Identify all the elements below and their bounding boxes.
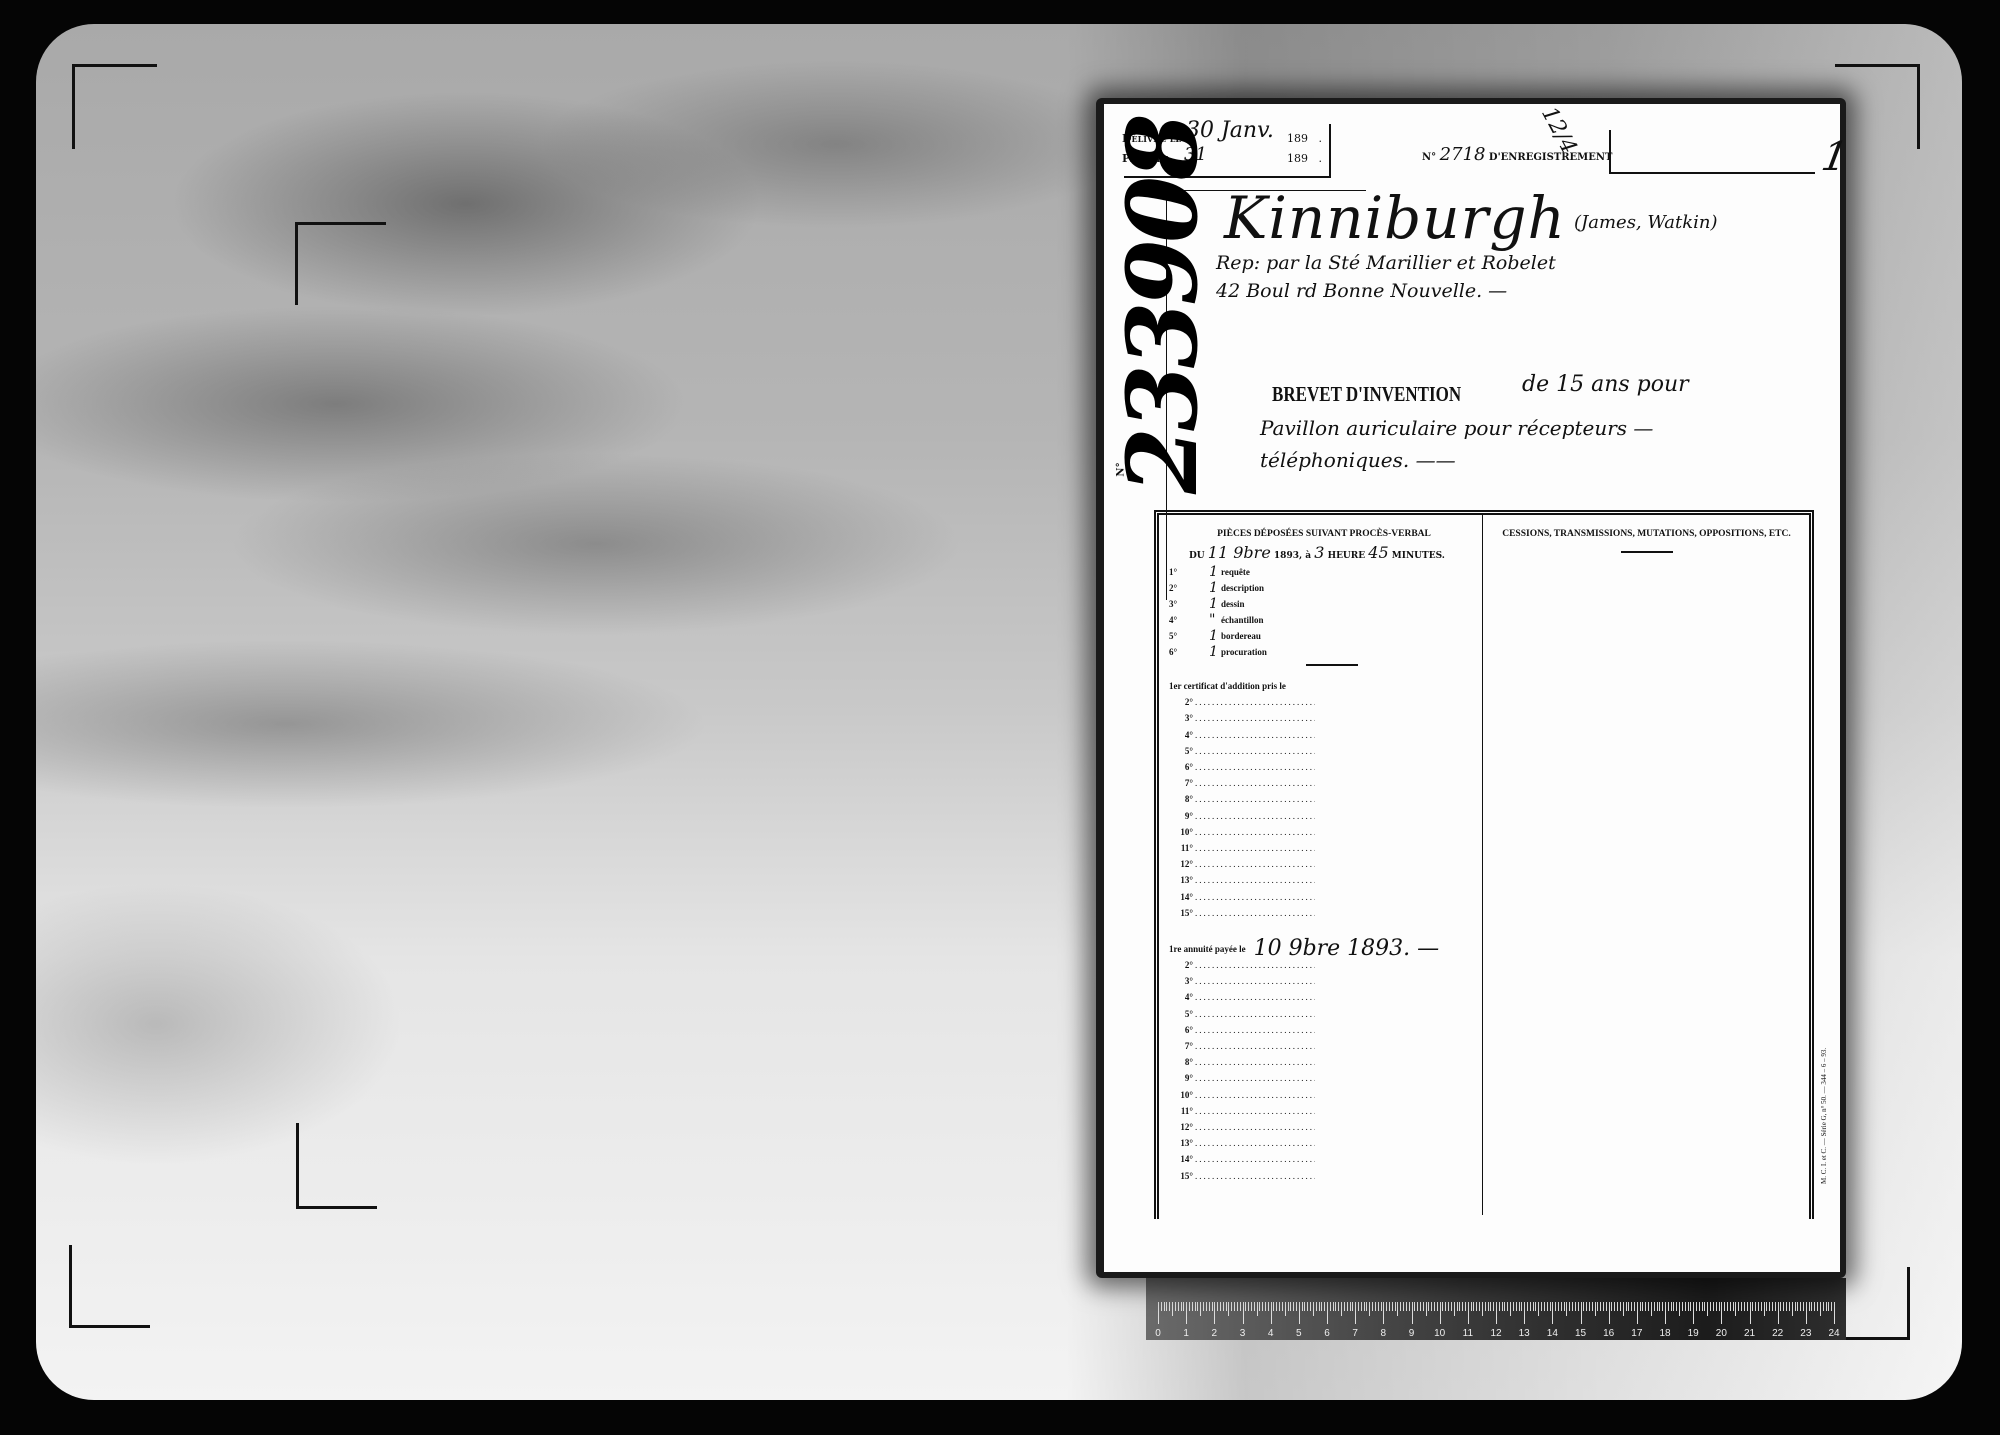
ruler-label: 24 (1828, 1328, 1839, 1339)
ruler-tick (1279, 1302, 1280, 1311)
ruler-tick (1623, 1302, 1624, 1316)
ruler-tick (1609, 1302, 1610, 1324)
annuite-row: 6°......................................… (1169, 1022, 1479, 1038)
ruler-tick (1547, 1302, 1548, 1311)
ruler-tick (1468, 1302, 1469, 1324)
annuite-rows: 2°......................................… (1169, 957, 1479, 1184)
applicant-given-names: (James, Watkin) (1574, 212, 1718, 233)
column-divider (1482, 515, 1483, 1215)
ruler-tick (1333, 1302, 1334, 1311)
ruler-tick (1282, 1302, 1283, 1311)
piece-item: 3°1dessin (1169, 596, 1479, 612)
ruler-tick (1628, 1302, 1629, 1311)
ruler-tick (1820, 1302, 1821, 1316)
ruler-tick (1195, 1302, 1196, 1311)
registration-number: N° 2718 D'ENREGISTREMENT (1422, 144, 1612, 165)
ruler-tick (1440, 1302, 1441, 1324)
annuite-row: 7°......................................… (1169, 1038, 1479, 1054)
ruler-tick (1434, 1302, 1435, 1311)
pieces-column: PIÈCES DÉPOSÉES SUIVANT PROCÈS-VERBAL DU… (1169, 515, 1479, 1184)
ruler-tick (1685, 1302, 1686, 1311)
delivre-year: 189 . (1287, 132, 1322, 145)
ruler-label: 7 (1352, 1328, 1358, 1339)
ruler-tick (1710, 1302, 1711, 1311)
ruler-tick (1412, 1302, 1413, 1324)
ruler-tick (1369, 1302, 1370, 1316)
ruler-tick (1583, 1302, 1584, 1311)
piece-number: 3° (1169, 599, 1209, 609)
ruler-tick (1431, 1302, 1432, 1311)
ruler-tick (1637, 1302, 1638, 1324)
ruler-tick (1634, 1302, 1635, 1311)
ruler-tick (1485, 1302, 1486, 1311)
ruler-label: 3 (1240, 1328, 1246, 1339)
ruler-tick (1555, 1302, 1556, 1311)
row-number: 13° (1169, 1138, 1195, 1148)
dotted-leader: ........................................ (1195, 843, 1315, 853)
ruler-tick (1626, 1302, 1627, 1311)
ruler-tick (1826, 1302, 1827, 1311)
piece-count-handwritten: 1 (1209, 644, 1221, 660)
ruler-tick (1671, 1302, 1672, 1311)
ruler-tick (1161, 1302, 1162, 1311)
ruler-tick (1288, 1302, 1289, 1311)
piece-count-handwritten: 1 (1209, 628, 1221, 644)
measuring-ruler: 0123456789101112131415161718192021222324 (1146, 1278, 1846, 1340)
ruler-tick (1611, 1302, 1612, 1311)
ruler-tick (1386, 1302, 1387, 1311)
annuite-row: 11°.....................................… (1169, 1103, 1479, 1119)
brevet-label: BREVET D'INVENTION (1272, 382, 1461, 407)
dotted-leader: ........................................ (1195, 1106, 1315, 1116)
piece-label: dessin (1221, 599, 1245, 609)
ruler-tick (1786, 1302, 1787, 1311)
row-number: 10° (1169, 1090, 1195, 1100)
ruler-tick (1381, 1302, 1382, 1311)
piece-label: requête (1221, 567, 1250, 577)
dotted-leader: ........................................ (1195, 1073, 1315, 1083)
ruler-tick (1564, 1302, 1565, 1311)
dotted-leader: ........................................ (1195, 1154, 1315, 1164)
ruler-tick (1561, 1302, 1562, 1311)
annuite-row: 12°.....................................… (1169, 1119, 1479, 1135)
ruler-tick (1397, 1302, 1398, 1316)
ruler-tick (1344, 1302, 1345, 1311)
annuite-row: 4°......................................… (1169, 989, 1479, 1005)
ruler-tick (1197, 1302, 1198, 1311)
ruler-tick (1189, 1302, 1190, 1311)
patent-number-handwritten: 233908 (1106, 117, 1219, 494)
register-table: PIÈCES DÉPOSÉES SUIVANT PROCÈS-VERBAL DU… (1154, 510, 1814, 1219)
ruler-tick (1285, 1302, 1286, 1316)
row-number: 7° (1169, 1041, 1195, 1051)
dotted-leader: ........................................ (1195, 697, 1315, 707)
dotted-leader: ........................................ (1195, 794, 1315, 804)
ruler-tick (1302, 1302, 1303, 1311)
certificat-row: 2°......................................… (1169, 694, 1479, 710)
ruler-tick (1237, 1302, 1238, 1311)
certificat-row: 12°.....................................… (1169, 856, 1479, 872)
ruler-tick (1719, 1302, 1720, 1311)
ruler-tick (1702, 1302, 1703, 1311)
row-number: 8° (1169, 1057, 1195, 1067)
piece-item: 6°1procuration (1169, 644, 1479, 660)
registration-number-handwritten: 2718 (1440, 144, 1486, 165)
ruler-tick (1550, 1302, 1551, 1311)
ruler-tick (1352, 1302, 1353, 1311)
ruler-tick (1755, 1302, 1756, 1311)
ruler-label: 13 (1519, 1328, 1530, 1339)
cessions-title: CESSIONS, TRANSMISSIONS, MUTATIONS, OPPO… (1489, 529, 1804, 539)
ruler-tick (1265, 1302, 1266, 1311)
ruler-tick (1572, 1302, 1573, 1311)
dotted-leader: ........................................ (1195, 976, 1315, 986)
piece-number: 4° (1169, 615, 1209, 625)
ruler-tick (1688, 1302, 1689, 1311)
row-number: 3° (1169, 976, 1195, 986)
ruler-tick (1716, 1302, 1717, 1311)
pv-minutes-handwritten: 45 (1368, 543, 1388, 562)
ruler-tick (1510, 1302, 1511, 1316)
ruler-tick (1766, 1302, 1767, 1311)
ruler-tick (1276, 1302, 1277, 1311)
ruler-tick (1597, 1302, 1598, 1311)
annuite-row: 9°......................................… (1169, 1070, 1479, 1086)
certificats-section: 1er certificat d'addition pris le 2°....… (1169, 678, 1479, 921)
ruler-tick (1575, 1302, 1576, 1311)
ruler-tick (1372, 1302, 1373, 1311)
ruler-tick (1620, 1302, 1621, 1311)
ruler-tick (1699, 1302, 1700, 1311)
ruler-tick (1752, 1302, 1753, 1311)
certificat-row: 15°.....................................… (1169, 905, 1479, 921)
ruler-tick (1395, 1302, 1396, 1311)
row-number: 9° (1169, 811, 1195, 821)
ruler-label: 18 (1659, 1328, 1670, 1339)
ruler-tick (1245, 1302, 1246, 1311)
applicant-name: Kinniburgh (1224, 184, 1566, 252)
ruler-tick (1502, 1302, 1503, 1311)
ruler-tick (1169, 1302, 1170, 1311)
ruler-tick (1259, 1302, 1260, 1311)
ruler-tick (1457, 1302, 1458, 1311)
ruler-tick (1823, 1302, 1824, 1311)
ruler-tick (1268, 1302, 1269, 1311)
row-number: 6° (1169, 762, 1195, 772)
dotted-leader: ........................................ (1195, 1009, 1315, 1019)
ruler-tick (1581, 1302, 1582, 1324)
ruler-tick (1648, 1302, 1649, 1311)
ruler-tick (1262, 1302, 1263, 1311)
ruler-tick (1817, 1302, 1818, 1311)
ruler-tick (1657, 1302, 1658, 1311)
ruler-tick (1479, 1302, 1480, 1311)
ruler-tick (1327, 1302, 1328, 1324)
ruler-tick (1200, 1302, 1201, 1316)
ruler-tick (1586, 1302, 1587, 1311)
ruler-label: 15 (1575, 1328, 1586, 1339)
ruler-tick (1490, 1302, 1491, 1311)
ruler-tick (1290, 1302, 1291, 1311)
row-number: 6° (1169, 1025, 1195, 1035)
ruler-tick (1473, 1302, 1474, 1311)
ruler-tick (1524, 1302, 1525, 1324)
ruler-tick (1682, 1302, 1683, 1311)
piece-number: 5° (1169, 631, 1209, 641)
piece-item: 4°"échantillon (1169, 612, 1479, 628)
ruler-tick (1378, 1302, 1379, 1311)
ruler-tick (1811, 1302, 1812, 1311)
ruler-label: 0 (1155, 1328, 1161, 1339)
ruler-tick (1454, 1302, 1455, 1316)
ruler-tick (1516, 1302, 1517, 1311)
ruler-tick (1724, 1302, 1725, 1311)
pieces-list: 1°1requête2°1description3°1dessin4°"écha… (1169, 564, 1479, 660)
ruler-tick (1335, 1302, 1336, 1311)
row-number: 15° (1169, 1171, 1195, 1181)
row-number: 13° (1169, 875, 1195, 885)
ruler-tick (1552, 1302, 1553, 1324)
ruler-tick (1254, 1302, 1255, 1311)
pieces-rule (1306, 664, 1358, 666)
ruler-label: 14 (1547, 1328, 1558, 1339)
ruler-tick (1172, 1302, 1173, 1316)
ruler-tick (1659, 1302, 1660, 1311)
invention-title-line-2: téléphoniques. —— (1260, 448, 1456, 472)
piece-number: 2° (1169, 583, 1209, 593)
annuite-first-date-handwritten: 10 9bre 1893. — (1254, 936, 1440, 961)
certificat-row: 8°......................................… (1169, 791, 1479, 807)
ruler-tick (1651, 1302, 1652, 1316)
ruler-tick (1426, 1302, 1427, 1316)
ruler-tick (1403, 1302, 1404, 1311)
ruler-tick (1482, 1302, 1483, 1316)
dotted-leader: ........................................ (1195, 1171, 1315, 1181)
row-number: 11° (1169, 843, 1195, 853)
row-number: 12° (1169, 1122, 1195, 1132)
ruler-tick (1347, 1302, 1348, 1311)
ruler-tick (1299, 1302, 1300, 1324)
row-number: 15° (1169, 908, 1195, 918)
ruler-tick (1423, 1302, 1424, 1311)
ruler-label: 11 (1463, 1328, 1473, 1339)
row-number: 3° (1169, 713, 1195, 723)
piece-item: 2°1description (1169, 580, 1479, 596)
ruler-tick (1158, 1302, 1159, 1324)
ruler-tick (1220, 1302, 1221, 1311)
ruler-tick (1727, 1302, 1728, 1311)
ruler-tick (1307, 1302, 1308, 1311)
ruler-tick (1223, 1302, 1224, 1311)
piece-count-handwritten: " (1209, 612, 1221, 628)
ruler-label: 5 (1296, 1328, 1302, 1339)
ruler-tick (1496, 1302, 1497, 1324)
ruler-tick (1203, 1302, 1204, 1311)
ruler-tick (1166, 1302, 1167, 1311)
piece-label: échantillon (1221, 615, 1264, 625)
ruler-tick (1519, 1302, 1520, 1311)
row-number: 10° (1169, 827, 1195, 837)
ruler-tick (1183, 1302, 1184, 1311)
ruler-label: 21 (1744, 1328, 1755, 1339)
row-number: 11° (1169, 1106, 1195, 1116)
ruler-tick (1828, 1302, 1829, 1311)
parti-year: 189 . (1287, 152, 1322, 165)
dotted-leader: ........................................ (1195, 713, 1315, 723)
certificat-rows: 2°......................................… (1169, 694, 1479, 921)
ruler-tick (1606, 1302, 1607, 1311)
piece-item: 1°1requête (1169, 564, 1479, 580)
certificat-row: 3°......................................… (1169, 710, 1479, 726)
ruler-tick (1459, 1302, 1460, 1311)
ruler-label: 20 (1716, 1328, 1727, 1339)
brevet-duration: de 15 ans pour (1522, 372, 1689, 397)
ruler-tick (1313, 1302, 1314, 1316)
ruler-tick (1769, 1302, 1770, 1311)
ruler-tick (1569, 1302, 1570, 1311)
dotted-leader: ........................................ (1195, 892, 1315, 902)
crop-mark-bottom-left (69, 1245, 150, 1328)
dotted-leader: ........................................ (1195, 859, 1315, 869)
crop-mark-inner-top-left (295, 222, 386, 305)
ruler-tick (1772, 1302, 1773, 1311)
ruler-tick (1668, 1302, 1669, 1311)
certificat-first-row: 1er certificat d'addition pris le (1169, 678, 1479, 694)
ruler-tick (1178, 1302, 1179, 1311)
ruler-tick (1375, 1302, 1376, 1311)
printer-imprint: M. C. I. et C. — Série G, n° 50. — 344 –… (1820, 1048, 1828, 1184)
ruler-tick (1831, 1302, 1832, 1311)
ruler-label: 1 (1183, 1328, 1189, 1339)
ruler-tick (1192, 1302, 1193, 1311)
row-number: 9° (1169, 1073, 1195, 1083)
ruler-tick (1538, 1302, 1539, 1316)
ruler-label: 16 (1603, 1328, 1614, 1339)
certificat-row: 7°......................................… (1169, 775, 1479, 791)
piece-label: bordereau (1221, 631, 1261, 641)
ruler-tick (1662, 1302, 1663, 1311)
ruler-tick (1389, 1302, 1390, 1311)
annuite-row: 15°.....................................… (1169, 1167, 1479, 1183)
dotted-leader: ........................................ (1195, 1057, 1315, 1067)
ruler-label: 17 (1631, 1328, 1642, 1339)
ruler-tick (1465, 1302, 1466, 1311)
ruler-tick (1493, 1302, 1494, 1311)
ruler-tick (1631, 1302, 1632, 1311)
ruler-tick (1231, 1302, 1232, 1311)
ruler-tick (1164, 1302, 1165, 1311)
ruler-tick (1704, 1302, 1705, 1311)
ruler-tick (1778, 1302, 1779, 1324)
piece-label: procuration (1221, 647, 1267, 657)
ruler-tick (1795, 1302, 1796, 1311)
dotted-leader: ........................................ (1195, 875, 1315, 885)
ruler-tick (1764, 1302, 1765, 1316)
ruler-tick (1673, 1302, 1674, 1311)
ruler-tick (1341, 1302, 1342, 1316)
ruler-tick (1209, 1302, 1210, 1311)
ruler-tick (1530, 1302, 1531, 1311)
dotted-leader: ........................................ (1195, 1025, 1315, 1035)
ruler-tick (1476, 1302, 1477, 1311)
certificat-row: 5°......................................… (1169, 743, 1479, 759)
ruler-tick (1251, 1302, 1252, 1311)
ruler-tick (1319, 1302, 1320, 1311)
ruler-tick (1206, 1302, 1207, 1311)
ruler-tick (1595, 1302, 1596, 1316)
ruler-tick (1358, 1302, 1359, 1311)
ruler-tick (1800, 1302, 1801, 1311)
dotted-leader: ........................................ (1195, 778, 1315, 788)
ruler-tick (1451, 1302, 1452, 1311)
ruler-tick (1676, 1302, 1677, 1311)
proces-verbal-date: DU 11 9bre 1893, à 3 HEURE 45 MINUTES. (1189, 543, 1479, 562)
classification-box (1609, 130, 1815, 174)
ruler-tick (1747, 1302, 1748, 1311)
piece-number: 6° (1169, 647, 1209, 657)
annuite-row: 5°......................................… (1169, 1006, 1479, 1022)
ruler-tick (1803, 1302, 1804, 1311)
ruler-tick (1640, 1302, 1641, 1311)
ruler-tick (1406, 1302, 1407, 1311)
ruler-tick (1665, 1302, 1666, 1324)
ruler-tick (1420, 1302, 1421, 1311)
ruler-tick (1806, 1302, 1807, 1324)
crop-mark-top-left (72, 64, 157, 149)
ruler-tick (1321, 1302, 1322, 1311)
ruler-tick (1744, 1302, 1745, 1311)
invention-title-line-1: Pavillon auriculaire pour récepteurs — (1260, 416, 1653, 440)
dotted-leader: ........................................ (1195, 908, 1315, 918)
ruler-tick (1654, 1302, 1655, 1311)
ruler-tick (1175, 1302, 1176, 1311)
ruler-tick (1592, 1302, 1593, 1311)
row-number: 14° (1169, 1154, 1195, 1164)
ruler-tick (1707, 1302, 1708, 1316)
ruler-tick (1310, 1302, 1311, 1311)
ruler-tick (1544, 1302, 1545, 1311)
ruler-label: 8 (1381, 1328, 1387, 1339)
pv-date-handwritten: 11 9bre (1208, 543, 1271, 562)
pieces-title: PIÈCES DÉPOSÉES SUIVANT PROCÈS-VERBAL (1169, 529, 1479, 539)
ruler-tick (1513, 1302, 1514, 1311)
ruler-tick (1507, 1302, 1508, 1311)
ruler-label: 12 (1490, 1328, 1501, 1339)
ruler-tick (1504, 1302, 1505, 1311)
ruler-tick (1293, 1302, 1294, 1311)
ruler-tick (1642, 1302, 1643, 1311)
ruler-tick (1488, 1302, 1489, 1311)
row-number: 12° (1169, 859, 1195, 869)
patent-record-sheet: Délivré le 189 . Parti le 189 . 30 Janv.… (1104, 104, 1840, 1272)
ruler-tick (1304, 1302, 1305, 1311)
applicant-address: 42 Boul rd Bonne Nouvelle. — (1216, 280, 1507, 302)
ruler-tick (1535, 1302, 1536, 1311)
ruler-tick (1212, 1302, 1213, 1311)
ruler-tick (1228, 1302, 1229, 1316)
ruler-tick (1738, 1302, 1739, 1311)
ruler-tick (1735, 1302, 1736, 1316)
annuite-row: 13°.....................................… (1169, 1135, 1479, 1151)
ruler-tick (1409, 1302, 1410, 1311)
annuite-row: 10°.....................................… (1169, 1087, 1479, 1103)
annuites-section: 1re annuité payée le 10 9bre 1893. — 2°.… (1169, 941, 1479, 1184)
row-number: 5° (1169, 746, 1195, 756)
ruler-tick (1338, 1302, 1339, 1311)
row-number: 5° (1169, 1009, 1195, 1019)
ruler-tick (1761, 1302, 1762, 1311)
row-number: 2° (1169, 697, 1195, 707)
